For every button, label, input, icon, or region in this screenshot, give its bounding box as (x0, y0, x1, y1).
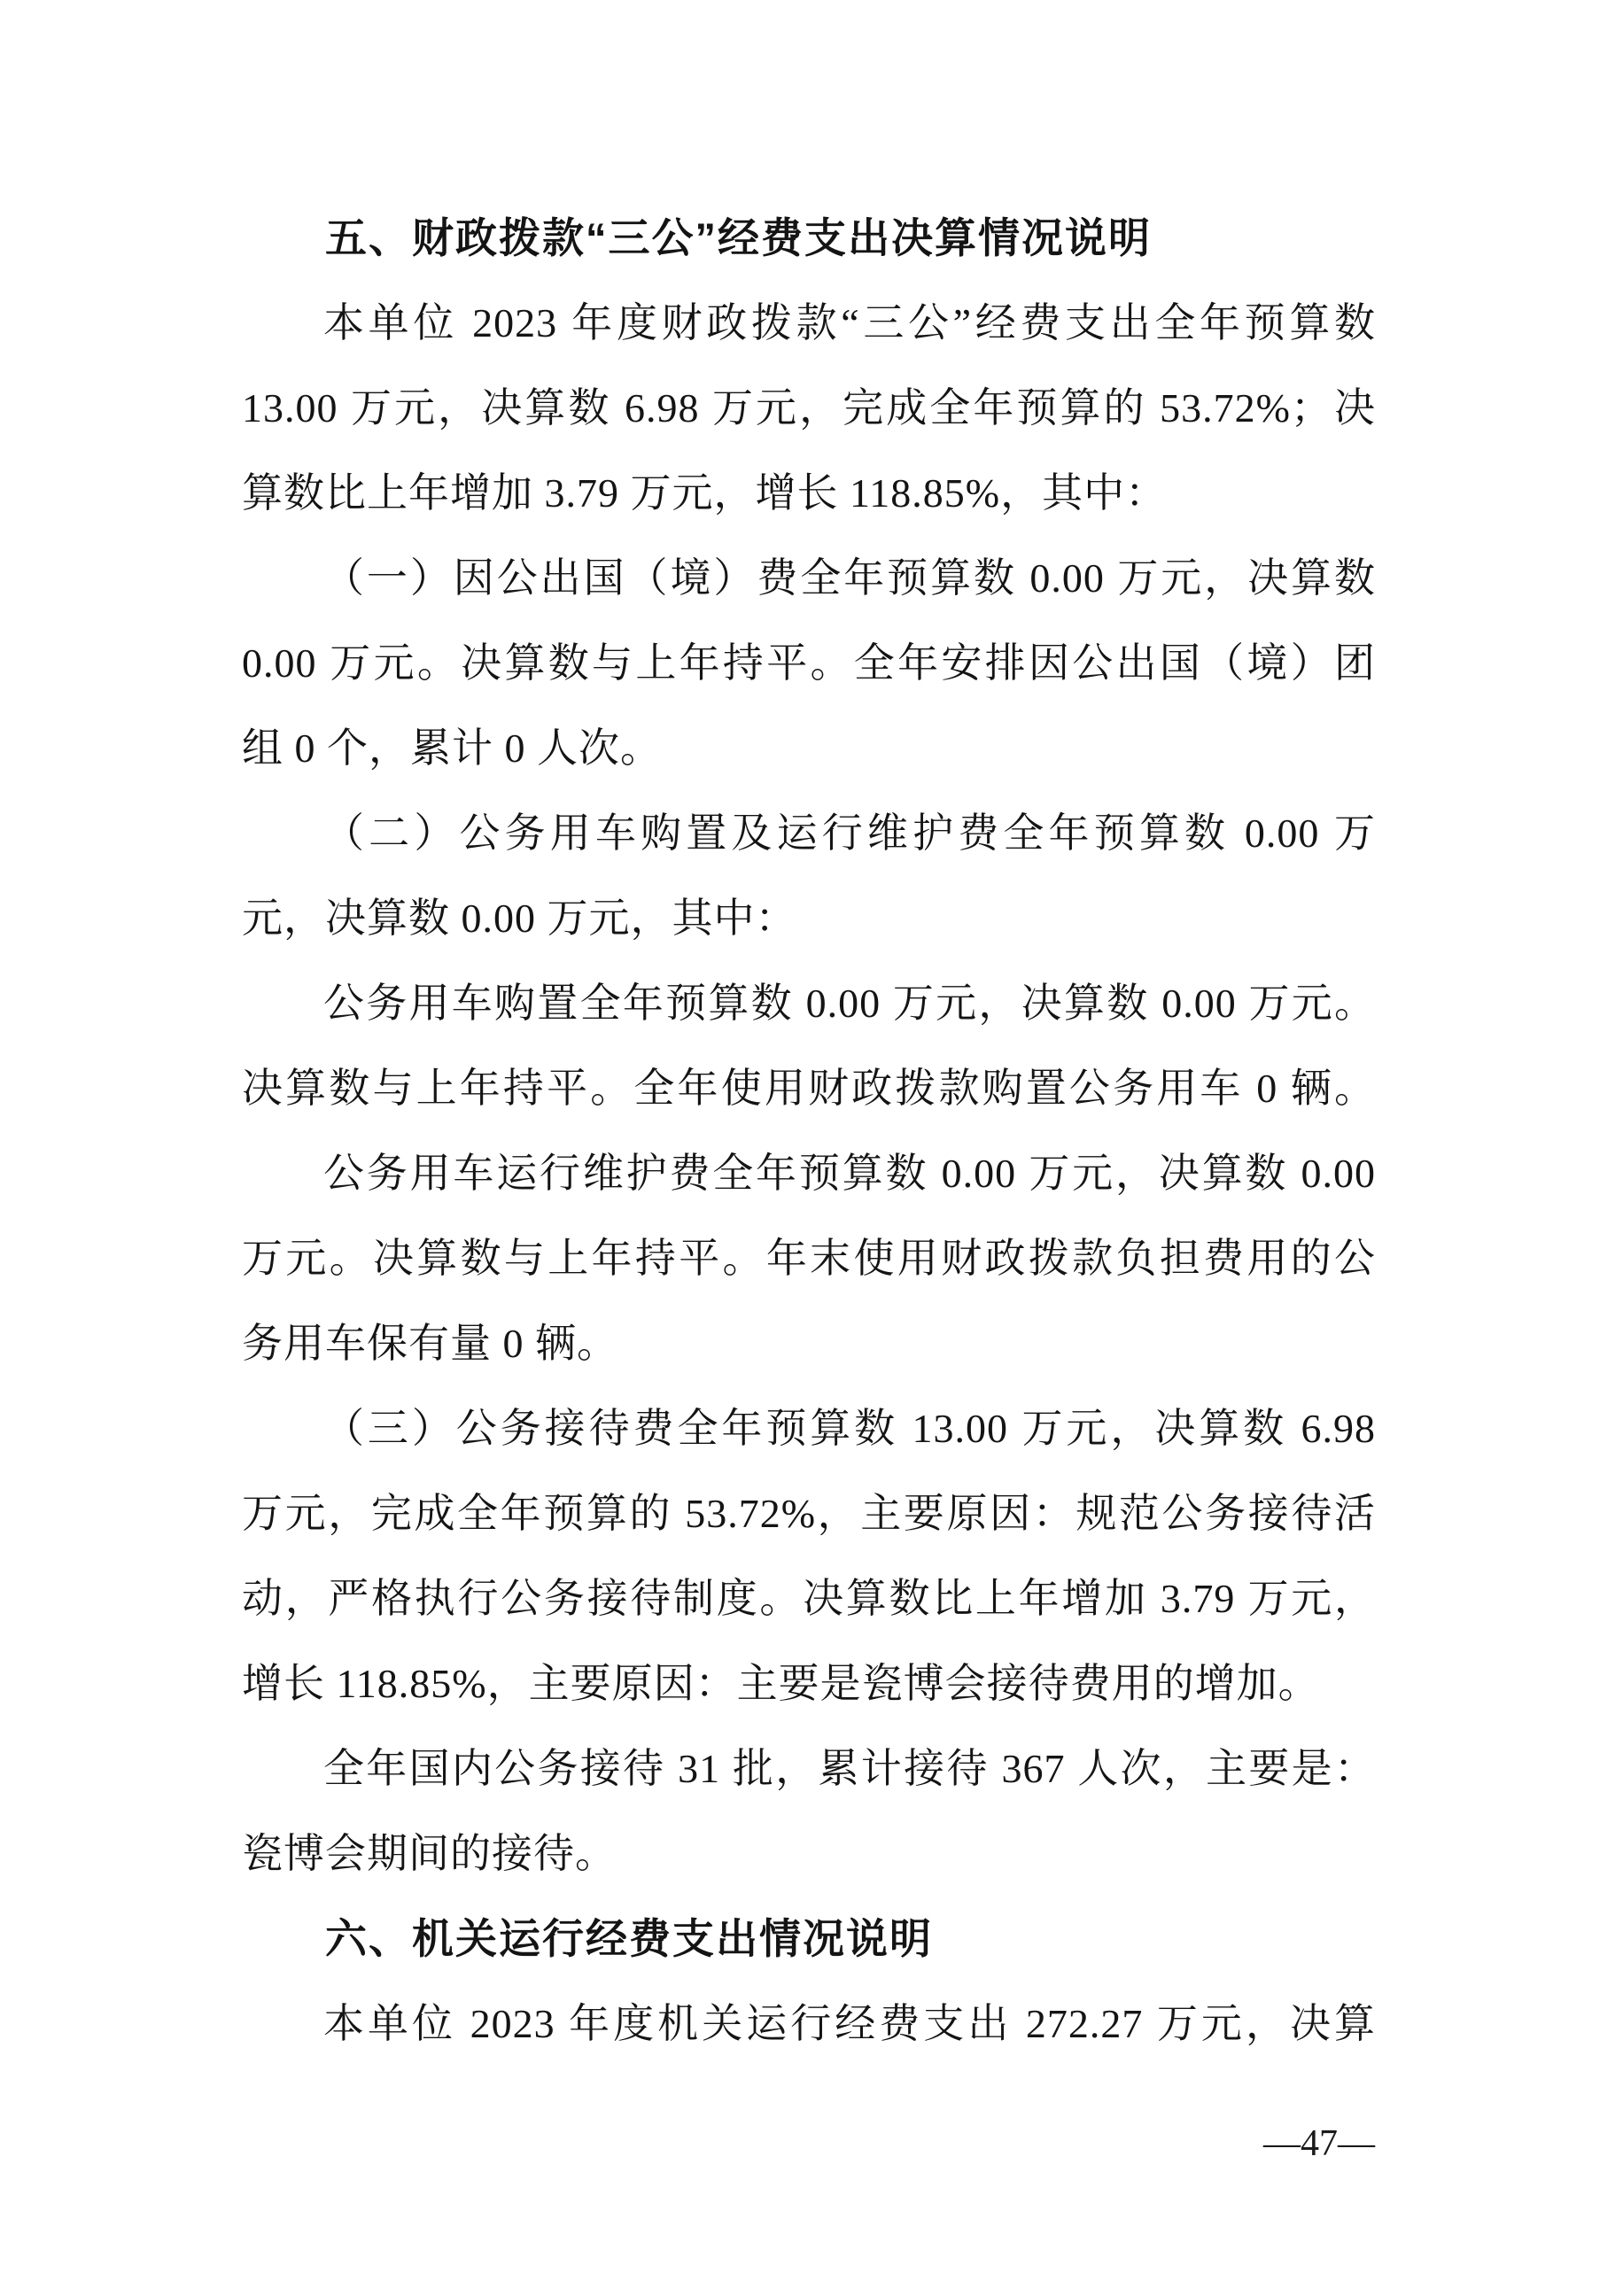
text-line: 决算数与上年持平。全年使用财政拨款购置公务用车 0 辆。 (242, 1046, 1376, 1131)
text-line: 本单位 2023 年度财政拨款“三公”经费支出全年预算数 (242, 281, 1376, 366)
text-line: 公务用车运行维护费全年预算数 0.00 万元，决算数 0.00 (242, 1131, 1376, 1216)
section-5-heading: 五、财政拨款“三公”经费支出决算情况说明 (242, 196, 1376, 281)
text-line: 增长 118.85%，主要原因：主要是瓷博会接待费用的增加。 (242, 1641, 1376, 1726)
text-line: 13.00 万元，决算数 6.98 万元，完成全年预算的 53.72%；决 (242, 366, 1376, 451)
text-line: （一）因公出国（境）费全年预算数 0.00 万元，决算数 (242, 536, 1376, 621)
text-line: （三）公务接待费全年预算数 13.00 万元，决算数 6.98 (242, 1386, 1376, 1471)
text-line: 全年国内公务接待 31 批，累计接待 367 人次，主要是： (242, 1726, 1376, 1811)
text-line: 务用车保有量 0 辆。 (242, 1301, 1376, 1386)
text-line: 万元，完成全年预算的 53.72%，主要原因：规范公务接待活 (242, 1471, 1376, 1556)
text-line: 元，决算数 0.00 万元，其中： (242, 876, 1376, 961)
section-6-heading: 六、机关运行经费支出情况说明 (242, 1897, 1376, 1982)
text-line: 瓷博会期间的接待。 (242, 1811, 1376, 1897)
text-line: 0.00 万元。决算数与上年持平。全年安排因公出国（境）团 (242, 621, 1376, 706)
text-line: 本单位 2023 年度机关运行经费支出 272.27 万元，决算 (242, 1982, 1376, 2067)
text-line: （二）公务用车购置及运行维护费全年预算数 0.00 万 (242, 791, 1376, 876)
text-line: 组 0 个，累计 0 人次。 (242, 706, 1376, 791)
text-line: 公务用车购置全年预算数 0.00 万元，决算数 0.00 万元。 (242, 961, 1376, 1046)
document-text-block: 五、财政拨款“三公”经费支出决算情况说明 本单位 2023 年度财政拨款“三公”… (242, 196, 1376, 2067)
text-line: 动，严格执行公务接待制度。决算数比上年增加 3.79 万元， (242, 1556, 1376, 1641)
document-page: 五、财政拨款“三公”经费支出决算情况说明 本单位 2023 年度财政拨款“三公”… (0, 0, 1623, 2296)
text-line: 算数比上年增加 3.79 万元，增长 118.85%，其中： (242, 451, 1376, 536)
page-number: —47— (1263, 2122, 1375, 2165)
text-line: 万元。决算数与上年持平。年末使用财政拨款负担费用的公 (242, 1216, 1376, 1301)
